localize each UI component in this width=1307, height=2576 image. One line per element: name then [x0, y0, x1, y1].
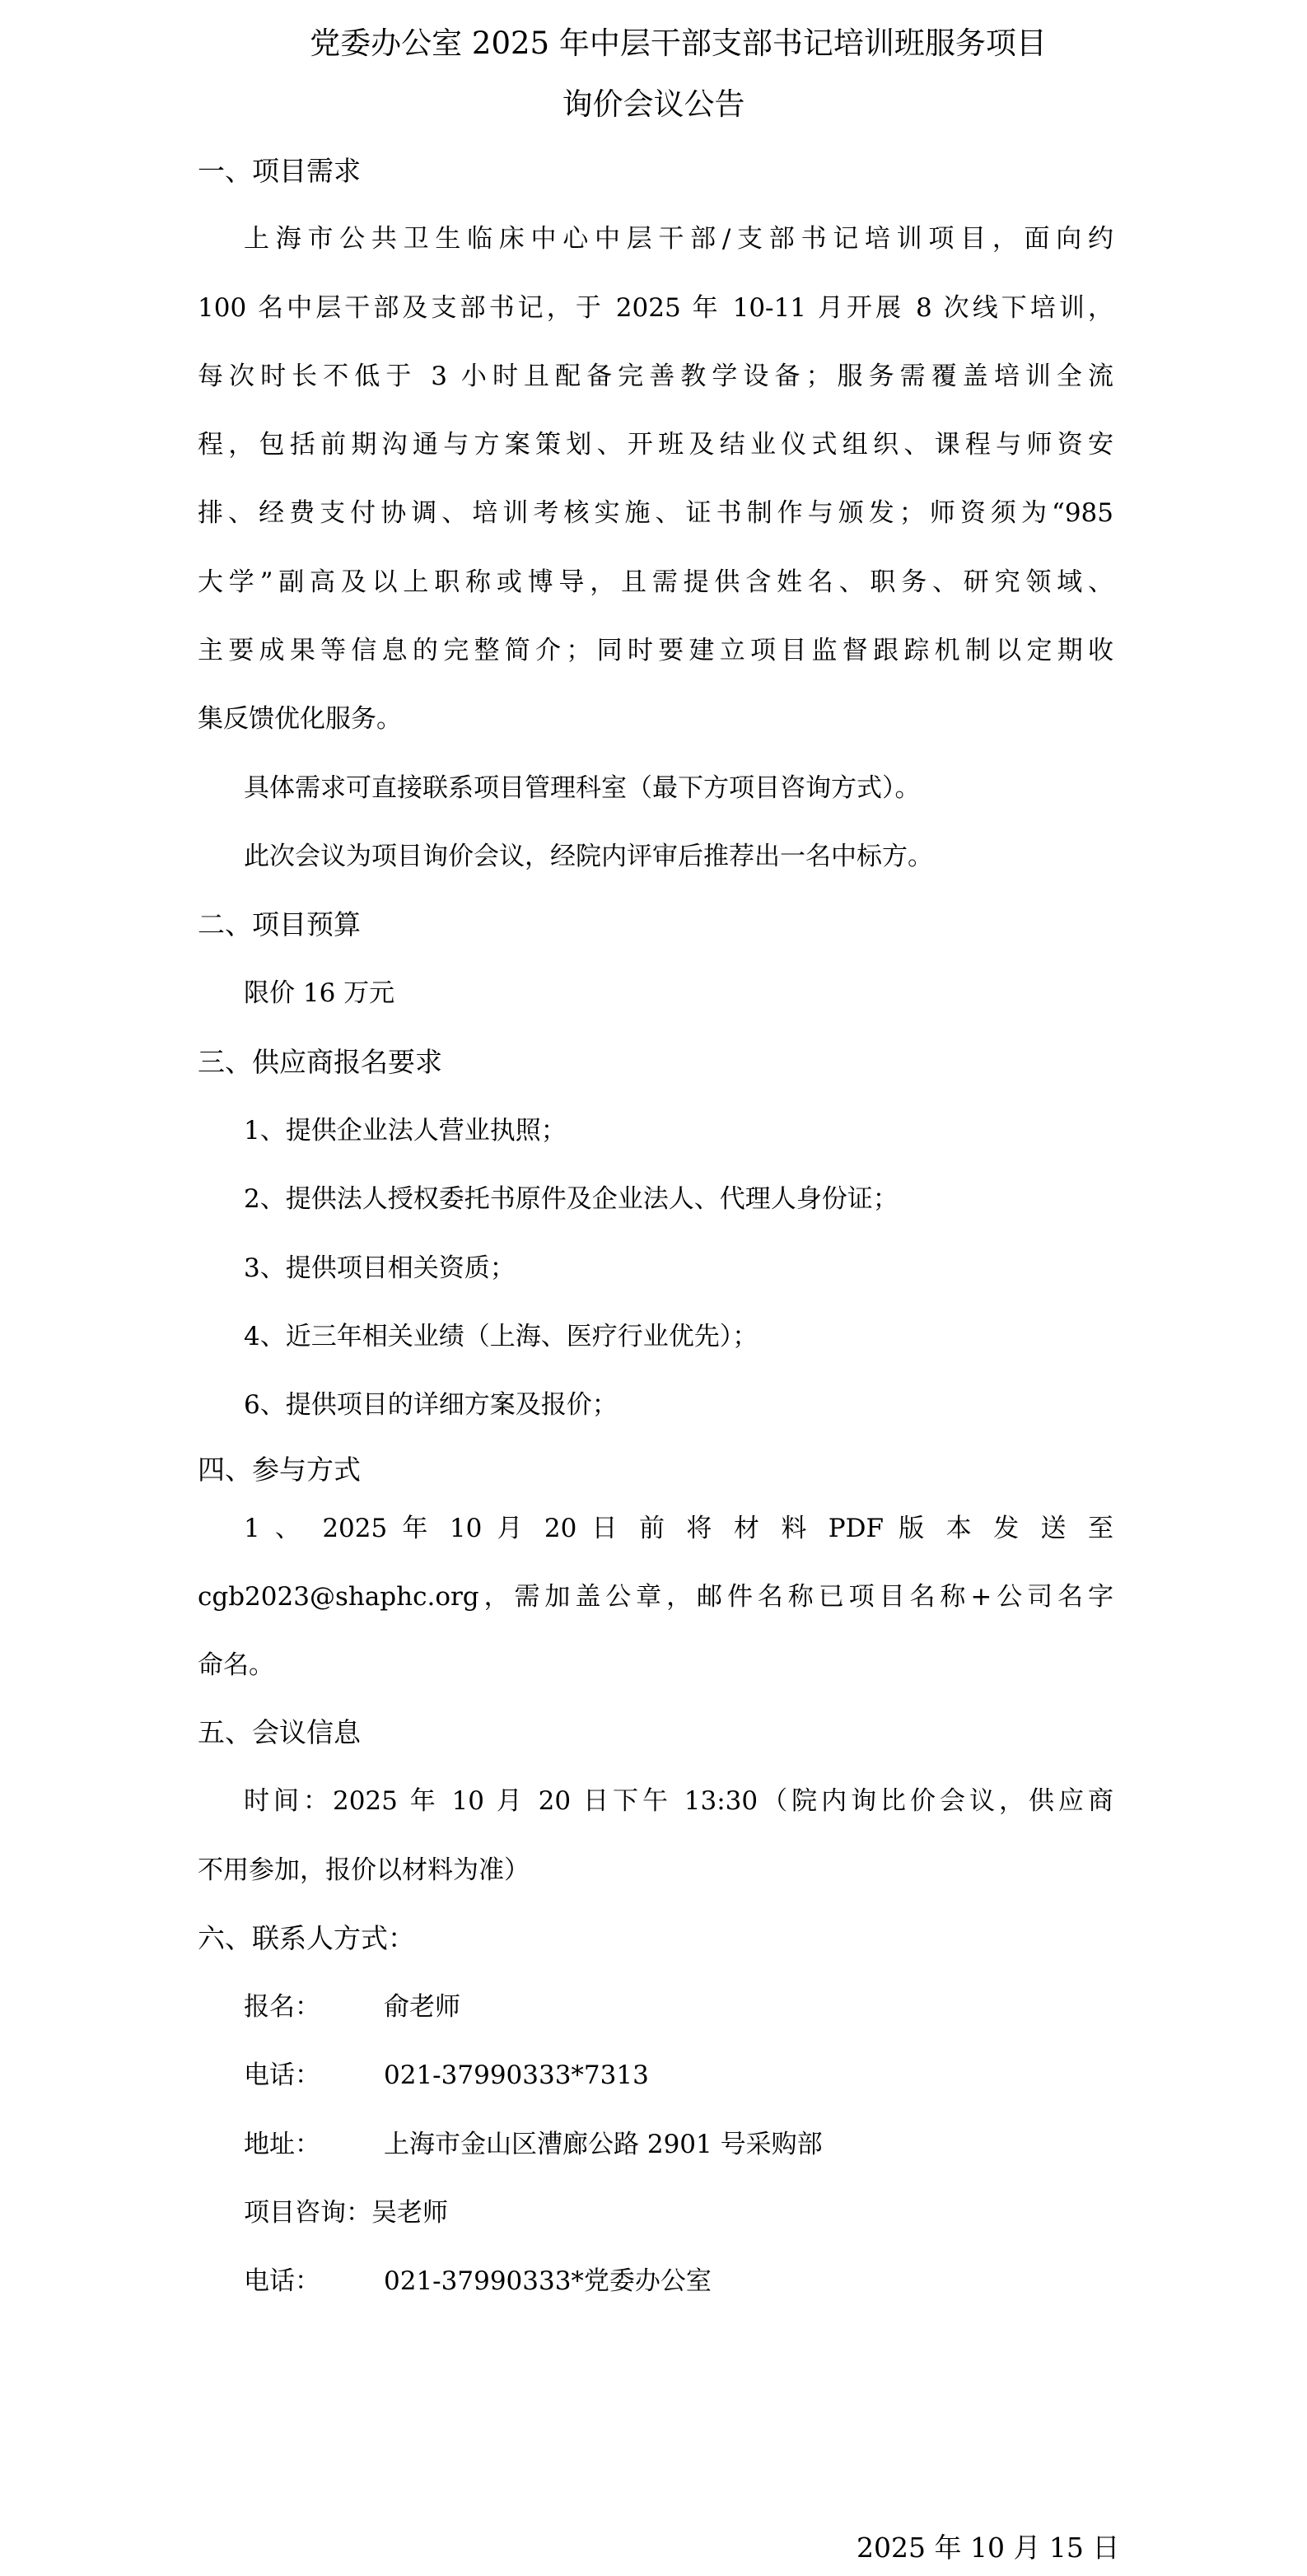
requirements-line: 上海市公共卫生临床中心中层干部/支部书记培训项目，面向约 — [244, 217, 1113, 254]
meeting-time-line: 不用参加，报价以材料为准） — [198, 1849, 1113, 1886]
section-heading-participation: 四、参与方式 — [198, 1449, 361, 1487]
requirements-line: 大学”副高及以上职称或博导，且需提供含姓名、职务、研究领域、 — [198, 561, 1113, 598]
contact-row-address: 地址：上海市金山区漕廊公路 2901 号采购部 — [244, 2123, 823, 2160]
contact-value: 吴老师 — [371, 2198, 448, 2228]
contact-label: 电话： — [244, 2260, 384, 2297]
contact-row-consultation: 项目咨询：吴老师 — [244, 2191, 448, 2228]
contact-row-consultation-phone: 电话：021-37990333*党委办公室 — [244, 2260, 712, 2297]
budget-value: 限价 16 万元 — [244, 972, 1113, 1009]
section-heading-meeting-info: 五、会议信息 — [198, 1711, 361, 1750]
contact-label: 电话： — [244, 2054, 384, 2091]
requirements-line: 每次时长不低于 3 小时且配备完善教学设备；服务需覆盖培训全流 — [198, 355, 1113, 392]
document-title-line2: 询价会议公告 — [0, 79, 1307, 124]
participation-line: 命名。 — [198, 1644, 1113, 1681]
section-heading-supplier-requirements: 三、供应商报名要求 — [198, 1041, 442, 1080]
section-heading-budget: 二、项目预算 — [198, 903, 361, 942]
supplier-requirement-item: 2、提供法人授权委托书原件及企业法人、代理人身份证； — [244, 1178, 1113, 1215]
requirements-line: 排、经费支付协调、培训考核实施、证书制作与颁发；师资须为“985 — [198, 492, 1113, 529]
requirements-contact-note: 具体需求可直接联系项目管理科室（最下方项目咨询方式）。 — [244, 767, 1113, 804]
document-title-line1: 党委办公室 2025 年中层干部支部书记培训班服务项目 — [0, 18, 1307, 63]
contact-value: 021-37990333*7313 — [384, 2060, 649, 2090]
contact-row-phone: 电话：021-37990333*7313 — [244, 2054, 649, 2091]
section-heading-requirements: 一、项目需求 — [198, 150, 361, 189]
contact-row-registration: 报名：俞老师 — [244, 1986, 460, 2023]
supplier-requirement-item: 3、提供项目相关资质； — [244, 1247, 1113, 1284]
contact-value: 上海市金山区漕廊公路 2901 号采购部 — [384, 2130, 823, 2159]
contact-value: 俞老师 — [384, 1992, 460, 2022]
section-heading-contacts: 六、联系人方式： — [198, 1917, 415, 1956]
participation-line: cgb2023@shaphc.org，需加盖公章，邮件名称已项目名称+公司名字 — [198, 1575, 1113, 1612]
contact-value: 021-37990333*党委办公室 — [384, 2266, 712, 2296]
supplier-requirement-item: 4、近三年相关业绩（上海、医疗行业优先）； — [244, 1315, 1113, 1352]
requirements-line: 程，包括前期沟通与方案策划、开班及结业仪式组织、课程与师资安 — [198, 423, 1113, 460]
participation-line: 1 、 2025 年 10 月 20 日 前 将 材 料 PDF 版 本 发 送… — [244, 1507, 1113, 1544]
supplier-requirement-item: 1、提供企业法人营业执照； — [244, 1109, 1113, 1146]
contact-label: 地址： — [244, 2123, 384, 2160]
requirements-line: 集反馈优化服务。 — [198, 698, 1113, 735]
meeting-time-line: 时间：2025 年 10 月 20 日下午 13:30（院内询比价会议，供应商 — [244, 1780, 1113, 1817]
contact-label: 报名： — [244, 1986, 384, 2023]
requirements-meeting-note: 此次会议为项目询价会议，经院内评审后推荐出一名中标方。 — [244, 835, 1113, 872]
requirements-line: 100 名中层干部及支部书记，于 2025 年 10-11 月开展 8 次线下培… — [198, 287, 1113, 324]
requirements-line: 主要成果等信息的完整简介；同时要建立项目监督跟踪机制以定期收 — [198, 629, 1113, 666]
document-date: 2025 年 10 月 15 日 — [857, 2527, 1119, 2565]
document-page: 党委办公室 2025 年中层干部支部书记培训班服务项目 询价会议公告 一、项目需… — [0, 0, 1307, 2576]
supplier-requirement-item: 6、提供项目的详细方案及报价； — [244, 1384, 1113, 1421]
contact-label: 项目咨询： — [244, 2191, 371, 2228]
